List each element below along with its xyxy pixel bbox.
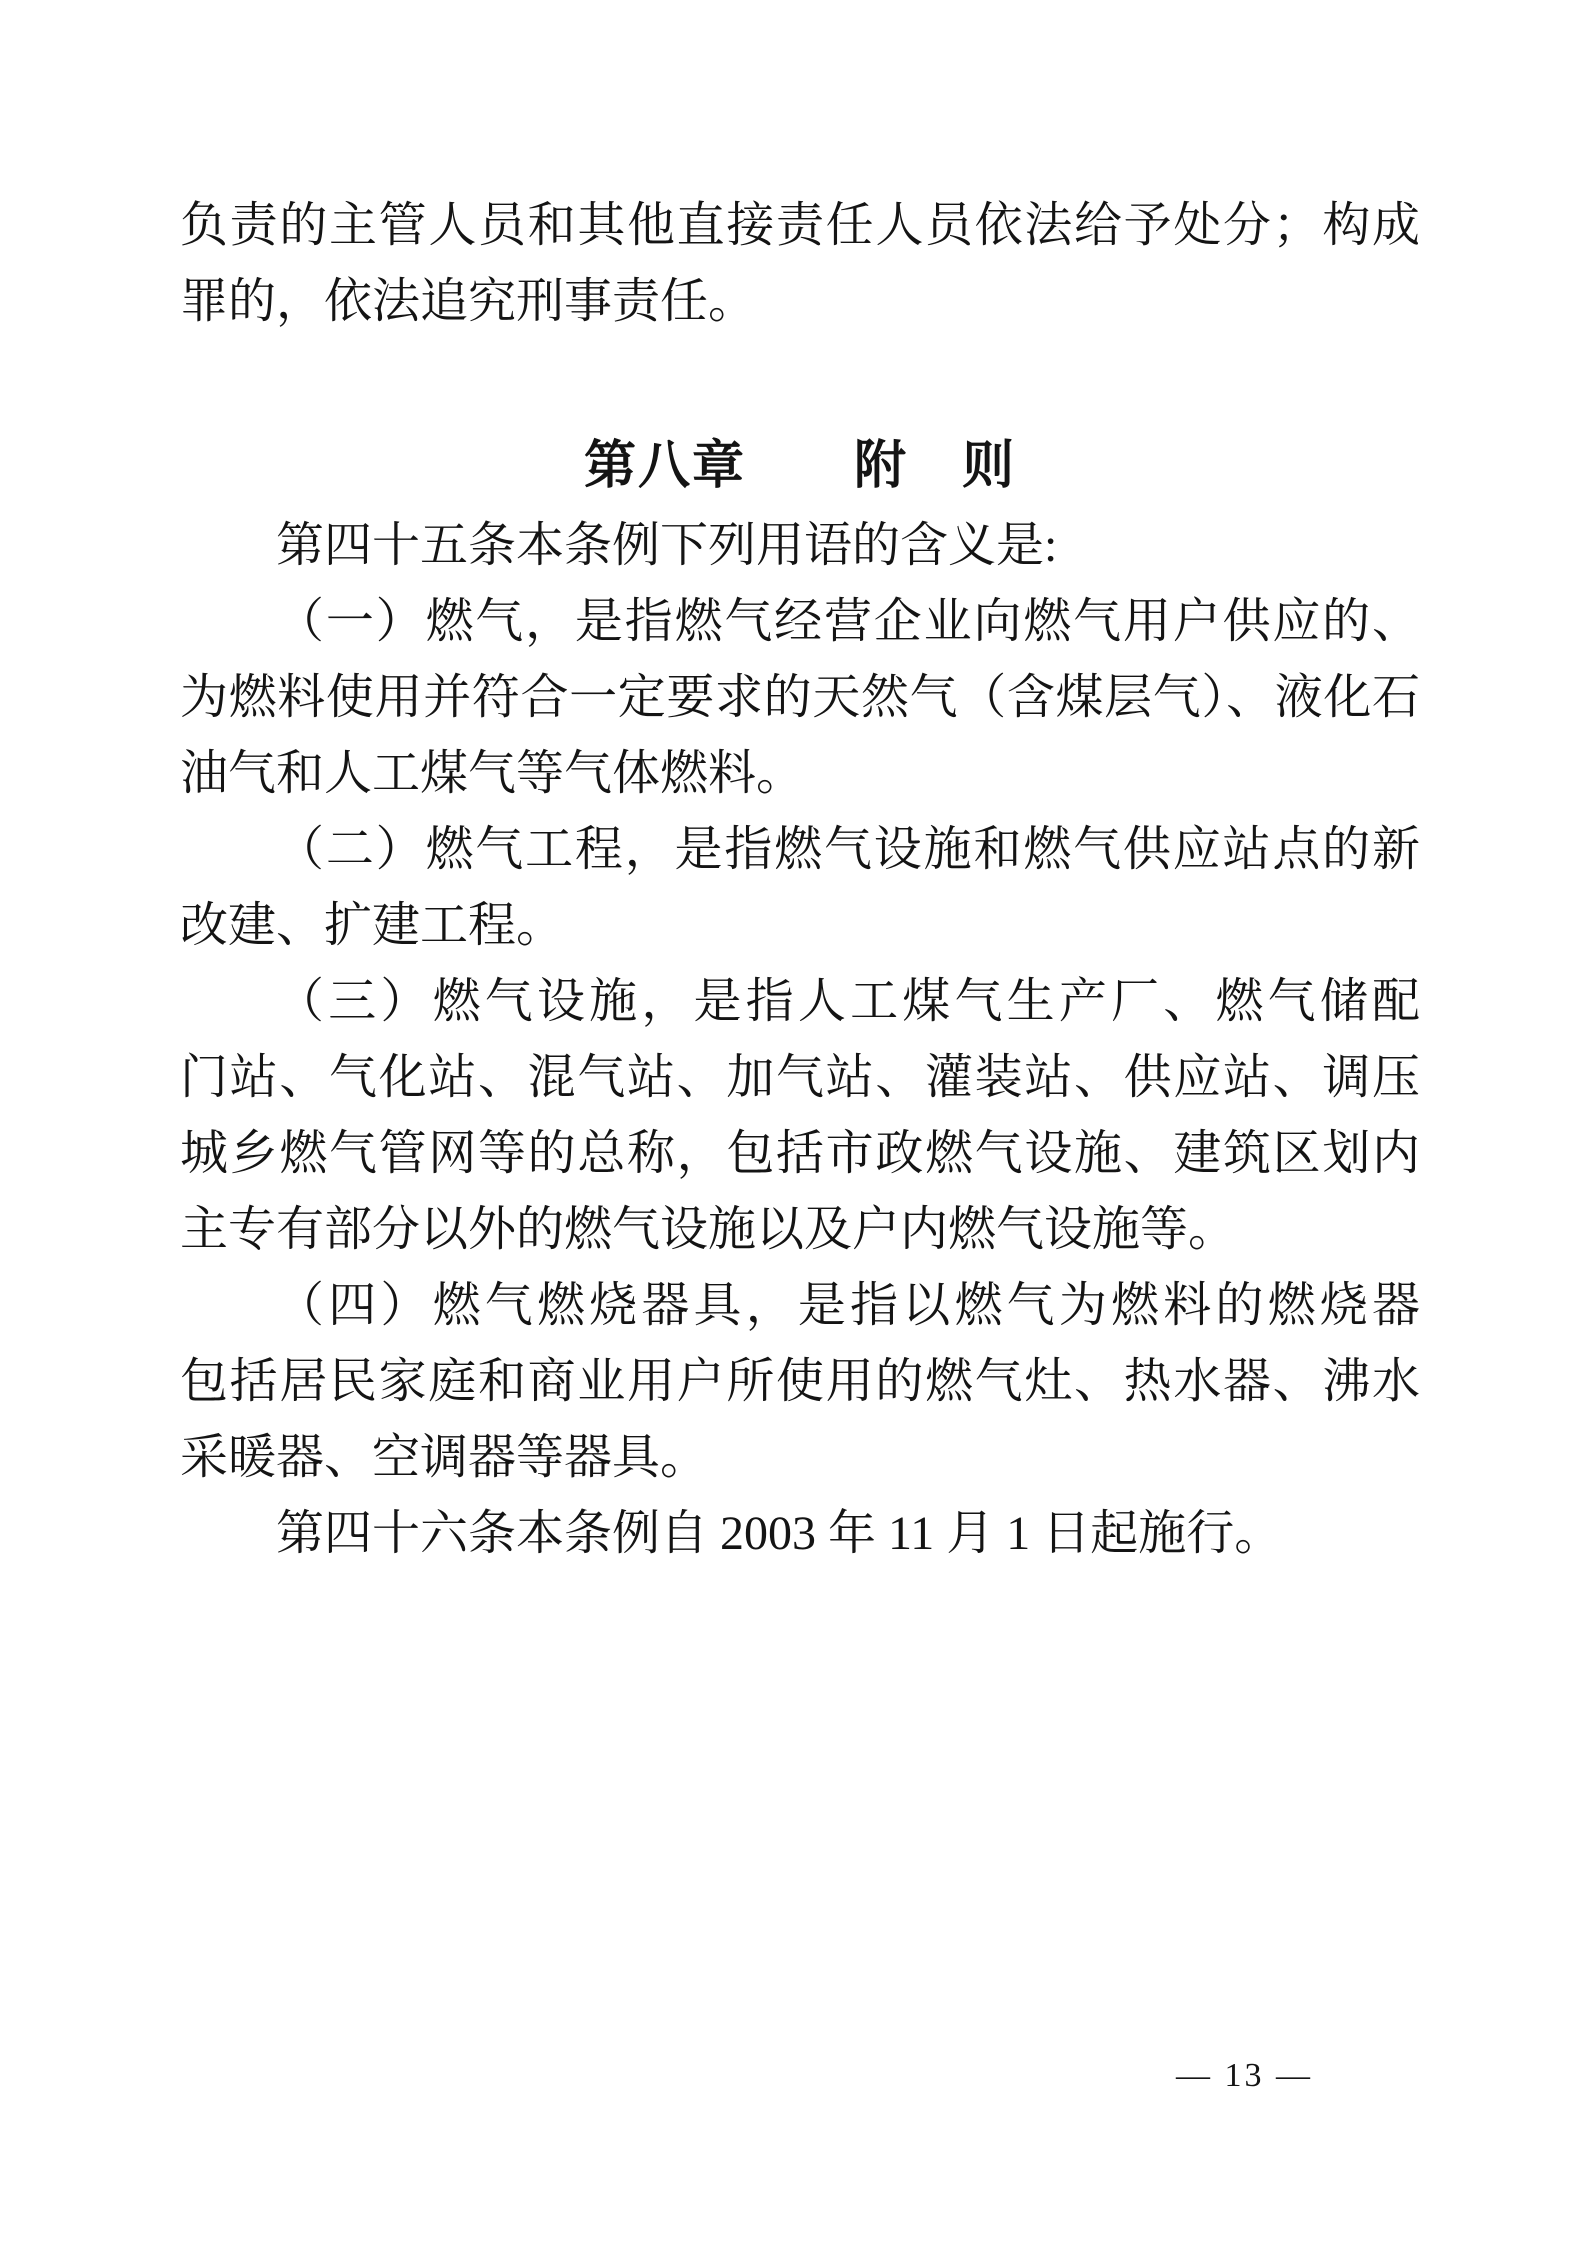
document-page: 负责的主管人员和其他直接责任人员依法给予处分；构成犯罪的，依法追究刑事责任。第八… — [0, 0, 1587, 2245]
paragraph: （二）燃气工程，是指燃气设施和燃气供应站点的新建、改建、扩建工程。 — [180, 812, 1420, 964]
text-line: 门站、气化站、混气站、加气站、灌装站、供应站、调压站、 — [180, 1040, 1420, 1116]
text-line: 第四十五条本条例下列用语的含义是: — [180, 508, 1420, 584]
paragraph: （三）燃气设施，是指人工煤气生产厂、燃气储配站、门站、气化站、混气站、加气站、灌… — [180, 964, 1420, 1268]
text-line: （三）燃气设施，是指人工煤气生产厂、燃气储配站、 — [180, 964, 1420, 1040]
text-line: 采暖器、空调器等器具。 — [180, 1420, 1420, 1496]
text-line: 油气和人工煤气等气体燃料。 — [180, 736, 1420, 812]
text-line: 第四十六条本条例自 2003 年 11 月 1 日起施行。 — [180, 1496, 1420, 1572]
text-line: 负责的主管人员和其他直接责任人员依法给予处分；构成犯 — [180, 188, 1420, 264]
text-line: 城乡燃气管网等的总称，包括市政燃气设施、建筑区划内业 — [180, 1116, 1420, 1192]
text-line: 为燃料使用并符合一定要求的天然气（含煤层气）、液化石 — [180, 660, 1420, 736]
text-line: （二）燃气工程，是指燃气设施和燃气供应站点的新建、 — [180, 812, 1420, 888]
paragraph: 第四十五条本条例下列用语的含义是: — [180, 508, 1420, 584]
text-line: 主专有部分以外的燃气设施以及户内燃气设施等。 — [180, 1192, 1420, 1268]
paragraph: （一）燃气，是指燃气经营企业向燃气用户供应的、作为燃料使用并符合一定要求的天然气… — [180, 584, 1420, 812]
text-line: 包括居民家庭和商业用户所使用的燃气灶、热水器、沸水器、 — [180, 1344, 1420, 1420]
text-line: （一）燃气，是指燃气经营企业向燃气用户供应的、作 — [180, 584, 1420, 660]
paragraph: 第四十六条本条例自 2003 年 11 月 1 日起施行。 — [180, 1496, 1420, 1572]
page-number: — 13 — — [1176, 2057, 1313, 2095]
paragraph: （四）燃气燃烧器具，是指以燃气为燃料的燃烧器具，包括居民家庭和商业用户所使用的燃… — [180, 1268, 1420, 1496]
chapter-heading: 第八章 附 则 — [180, 428, 1420, 504]
paragraph: 负责的主管人员和其他直接责任人员依法给予处分；构成犯罪的，依法追究刑事责任。 — [180, 188, 1420, 340]
document-body: 负责的主管人员和其他直接责任人员依法给予处分；构成犯罪的，依法追究刑事责任。第八… — [180, 188, 1420, 1572]
text-line: （四）燃气燃烧器具，是指以燃气为燃料的燃烧器具， — [180, 1268, 1420, 1344]
text-line: 改建、扩建工程。 — [180, 888, 1420, 964]
text-line: 罪的，依法追究刑事责任。 — [180, 264, 1420, 340]
